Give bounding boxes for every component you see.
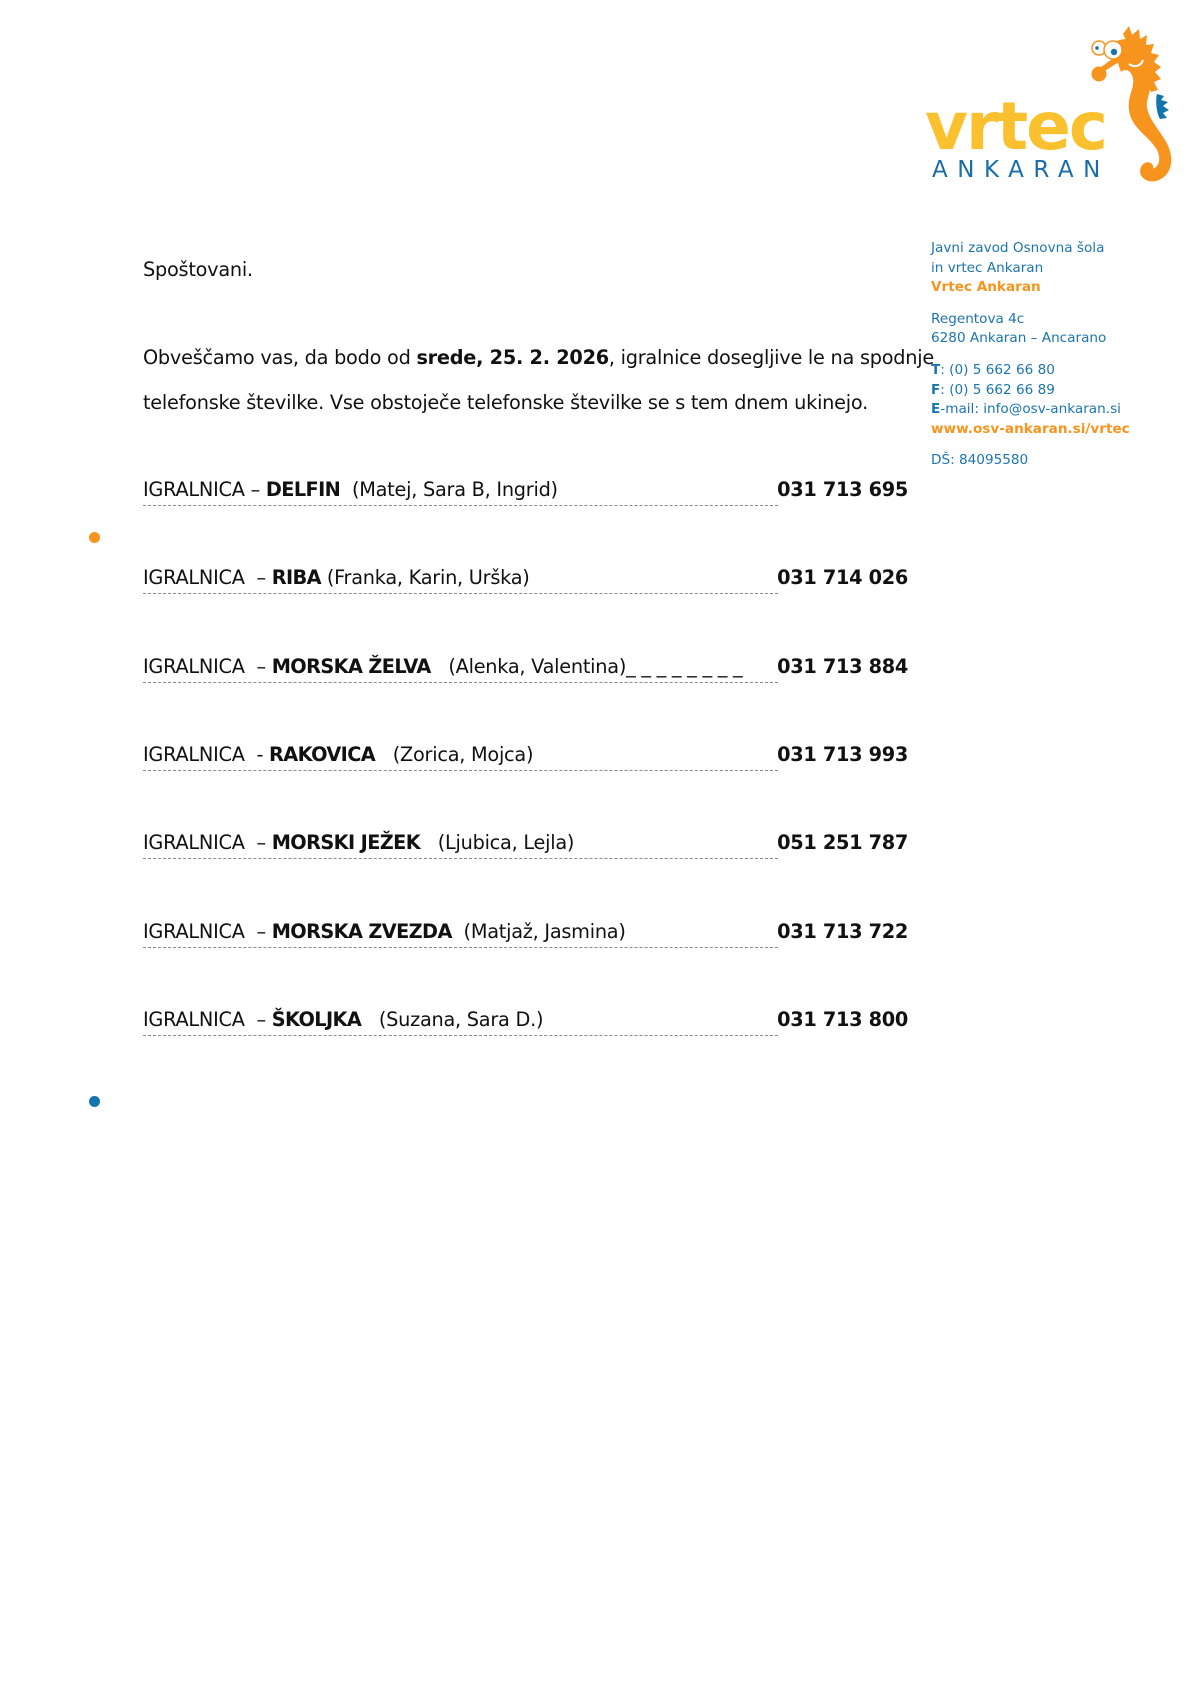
playroom-prefix: IGRALNICA – <box>143 831 272 854</box>
playroom-staff: (Zorica, Mojca) <box>375 743 533 766</box>
playroom-prefix: IGRALNICA – <box>143 655 272 678</box>
contact-block: Javni zavod Osnovna šola in vrtec Ankara… <box>931 239 1130 471</box>
playroom-row: IGRALNICA – RIBA (Franka, Karin, Urška)0… <box>143 566 908 596</box>
playroom-row: IGRALNICA - RAKOVICA (Zorica, Mojca)031 … <box>143 743 908 773</box>
playroom-phone-number[interactable]: 031 713 800 <box>777 1008 908 1031</box>
playroom-label: IGRALNICA – RIBA (Franka, Karin, Urška) <box>143 566 778 594</box>
playroom-phone-number[interactable]: 031 713 722 <box>777 920 908 943</box>
playroom-phone-number[interactable]: 031 714 026 <box>777 566 908 589</box>
playroom-row: IGRALNICA – ŠKOLJKA (Suzana, Sara D.)031… <box>143 1008 908 1038</box>
address-city: 6280 Ankaran – Ancarano <box>931 329 1130 349</box>
playroom-phone-number[interactable]: 051 251 787 <box>777 831 908 854</box>
playroom-label: IGRALNICA - RAKOVICA (Zorica, Mojca) <box>143 743 778 771</box>
greeting: Spoštovani. <box>143 258 253 281</box>
playroom-staff: (Ljubica, Lejla) <box>420 831 574 854</box>
tax-id: DŠ: 84095580 <box>931 451 1130 471</box>
playroom-row: IGRALNICA – MORSKA ZVEZDA (Matjaž, Jasmi… <box>143 920 908 950</box>
website-link[interactable]: www.osv-ankaran.si/vrtec <box>931 420 1130 440</box>
playroom-staff: (Alenka, Valentina)_ _ _ _ _ _ _ _ <box>431 655 743 678</box>
org-unit: Vrtec Ankaran <box>931 278 1130 298</box>
playroom-label: IGRALNICA – ŠKOLJKA (Suzana, Sara D.) <box>143 1008 778 1036</box>
notice-paragraph-line2: telefonske številke. Vse obstoječe telef… <box>143 391 868 414</box>
playroom-name: MORSKA ŽELVA <box>272 655 431 678</box>
vrtec-ankaran-logo: vrtec ANKARAN <box>920 22 1180 192</box>
playroom-name: ŠKOLJKA <box>272 1008 361 1031</box>
seahorse-icon <box>1085 22 1180 187</box>
playroom-row: IGRALNICA – MORSKA ŽELVA (Alenka, Valent… <box>143 655 908 685</box>
playroom-phone-number[interactable]: 031 713 884 <box>777 655 908 678</box>
playroom-prefix: IGRALNICA – <box>143 566 272 589</box>
contact-fax: F: (0) 5 662 66 89 <box>931 381 1130 401</box>
playroom-name: MORSKI JEŽEK <box>272 831 420 854</box>
playroom-label: IGRALNICA – MORSKA ŽELVA (Alenka, Valent… <box>143 655 778 683</box>
playroom-name: RAKOVICA <box>269 743 375 766</box>
address-street: Regentova 4c <box>931 310 1130 330</box>
orange-dot-decoration <box>89 532 100 543</box>
logo-subtitle: ANKARAN <box>932 159 1110 182</box>
playroom-name: RIBA <box>272 566 321 589</box>
playroom-prefix: IGRALNICA - <box>143 743 269 766</box>
playroom-name: MORSKA ZVEZDA <box>272 920 452 943</box>
playroom-label: IGRALNICA – MORSKA ZVEZDA (Matjaž, Jasmi… <box>143 920 778 948</box>
contact-phone: T: (0) 5 662 66 80 <box>931 361 1130 381</box>
playroom-label: IGRALNICA – MORSKI JEŽEK (Ljubica, Lejla… <box>143 831 778 859</box>
playroom-label: IGRALNICA – DELFIN (Matej, Sara B, Ingri… <box>143 478 778 506</box>
notice-paragraph-line1: Obveščamo vas, da bodo od srede, 25. 2. … <box>143 346 934 369</box>
contact-email[interactable]: E-mail: info@osv-ankaran.si <box>931 400 1130 420</box>
playroom-row: IGRALNICA – DELFIN (Matej, Sara B, Ingri… <box>143 478 908 508</box>
org-name-line1: Javni zavod Osnovna šola <box>931 239 1130 259</box>
playroom-prefix: IGRALNICA – <box>143 920 272 943</box>
playroom-prefix: IGRALNICA – <box>143 478 266 501</box>
playroom-row: IGRALNICA – MORSKI JEŽEK (Ljubica, Lejla… <box>143 831 908 861</box>
blue-dot-decoration <box>89 1096 100 1107</box>
org-name-line2: in vrtec Ankaran <box>931 259 1130 279</box>
playroom-prefix: IGRALNICA – <box>143 1008 272 1031</box>
playroom-phone-number[interactable]: 031 713 695 <box>777 478 908 501</box>
logo-wordmark: vrtec <box>925 94 1106 160</box>
playroom-staff: (Matej, Sara B, Ingrid) <box>340 478 558 501</box>
playroom-staff: (Matjaž, Jasmina) <box>452 920 626 943</box>
playroom-staff: (Suzana, Sara D.) <box>361 1008 543 1031</box>
playroom-phone-number[interactable]: 031 713 993 <box>777 743 908 766</box>
playroom-name: DELFIN <box>266 478 340 501</box>
playroom-staff: (Franka, Karin, Urška) <box>321 566 530 589</box>
effective-date: srede, 25. 2. 2026 <box>416 346 608 369</box>
